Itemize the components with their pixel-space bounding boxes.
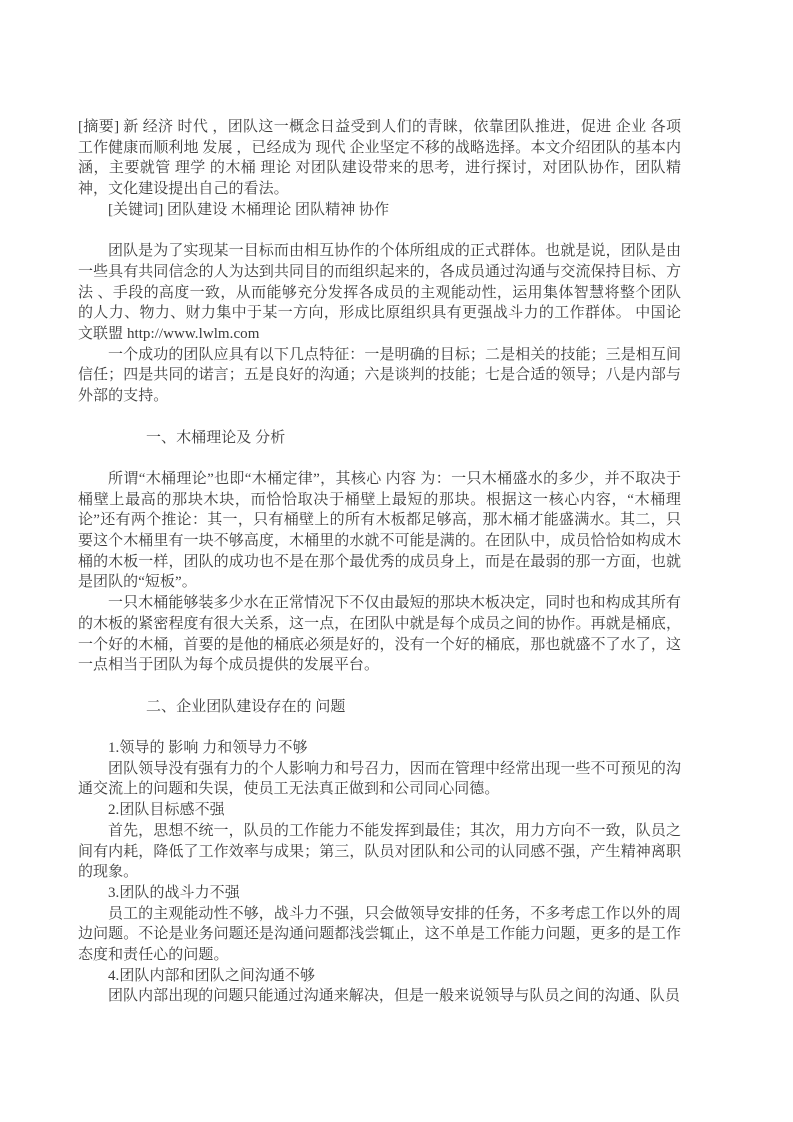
paragraph: 4.团队内部和团队之间沟通不够: [78, 966, 681, 987]
paragraph: 一个成功的团队应具有以下几点特征：一是明确的目标；二是相关的技能；三是相互间信任…: [78, 345, 681, 407]
paragraph: 所谓“木桶理论”也即“木桶定律”，其核心 内容 为：一只木桶盛水的多少，并不取决…: [78, 469, 681, 593]
blank-line: [78, 717, 681, 738]
blank-line: [78, 448, 681, 469]
section-heading: 二、企业团队建设存在的 问题: [78, 697, 681, 718]
paragraph: [摘要] 新 经济 时代 ，团队这一概念日益受到人们的青睐，依靠团队推进，促进 …: [78, 117, 681, 200]
paragraph: 团队是为了实现某一目标而由相互协作的个体所组成的正式群体。也就是说，团队是由一些…: [78, 241, 681, 345]
section-heading: 一、木桶理论及 分析: [78, 428, 681, 449]
paragraph: 团队领导没有强有力的个人影响力和号召力，因而在管理中经常出现一些不可预见的沟通交…: [78, 759, 681, 800]
paragraph: 一只木桶能够装多少水在正常情况下不仅由最短的那块木板决定，同时也和构成其所有的木…: [78, 593, 681, 676]
blank-line: [78, 407, 681, 428]
paragraph: [关键词] 团队建设 木桶理论 团队精神 协作: [78, 200, 681, 221]
document-page: [摘要] 新 经济 时代 ，团队这一概念日益受到人们的青睐，依靠团队推进，促进 …: [0, 0, 793, 1122]
blank-line: [78, 676, 681, 697]
paragraph: 3.团队的战斗力不强: [78, 883, 681, 904]
paragraph: 团队内部出现的问题只能通过沟通来解决，但是一般来说领导与队员之间的沟通、队员: [78, 986, 681, 1007]
paragraph: 首先，思想不统一，队员的工作能力不能发挥到最佳；其次，用力方向不一致，队员之间有…: [78, 821, 681, 883]
paragraph: 1.领导的 影响 力和领导力不够: [78, 738, 681, 759]
paragraph: 2.团队目标感不强: [78, 800, 681, 821]
paragraph: 员工的主观能动性不够，战斗力不强，只会做领导安排的任务，不多考虑工作以外的周边问…: [78, 904, 681, 966]
blank-line: [78, 221, 681, 242]
document-content: [摘要] 新 经济 时代 ，团队这一概念日益受到人们的青睐，依靠团队推进，促进 …: [78, 117, 681, 1007]
